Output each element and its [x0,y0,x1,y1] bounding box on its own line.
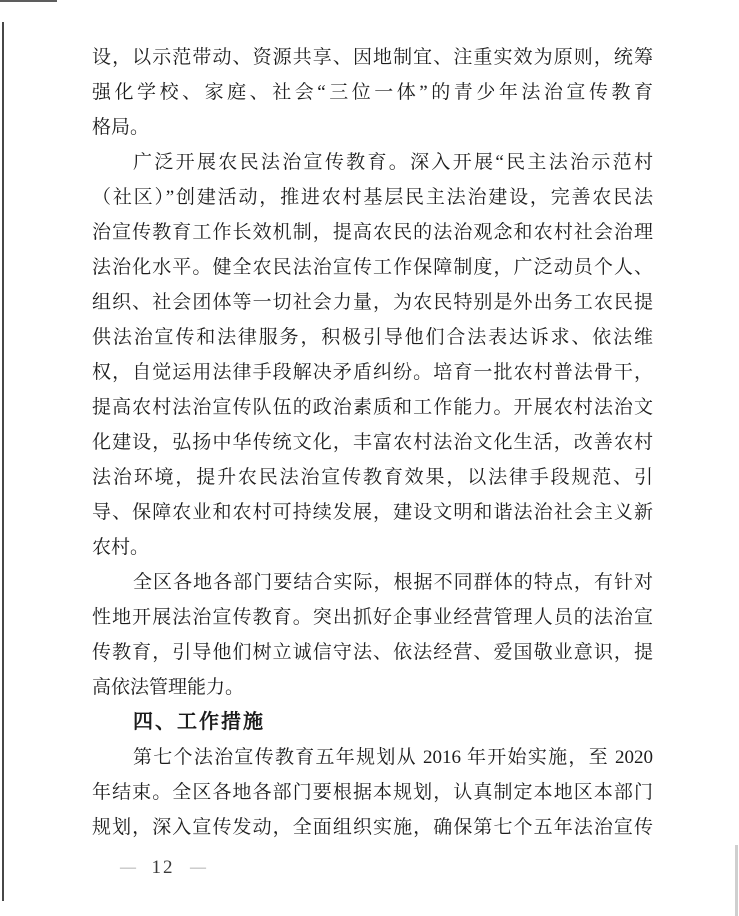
scan-artifact-right-line [735,845,738,916]
text-line: 规划，深入宣传发动，全面组织实施，确保第七个五年法治宣传 [92,810,653,845]
para-rural-legal-education: 广泛开展农民法治宣传教育。深入开展“民主法治示范村（社区）”创建活动，推进农村基… [92,145,653,565]
para-targeted-education: 全区各地各部门要结合实际，根据不同群体的特点，有针对性地开展法治宣传教育。突出抓… [92,565,653,705]
text-line: 传教育，引导他们树立诚信守法、依法经营、爱国敬业意识，提 [92,635,653,670]
text-line: 第七个法治宣传教育五年规划从 2016 年开始实施，至 2020 [92,740,653,775]
scan-artifact-top-line [0,0,57,2]
text-line: （社区）”创建活动，推进农村基层民主法治建设，完善农民法 [92,180,653,215]
text-line: 组织、社会团体等一切社会力量，为农民特别是外出务工农民提 [92,285,653,320]
text-line: 治宣传教育工作长效机制，提高农民的法治观念和农村社会治理 [92,215,653,250]
heading-work-measures: 四、工作措施 [92,705,653,740]
para-five-year-plan: 第七个法治宣传教育五年规划从 2016 年开始实施，至 2020年结束。全区各地… [92,740,653,845]
page-footer: — 12 — [120,855,206,881]
text-line: 法治化水平。健全农民法治宣传工作保障制度，广泛动员个人、 [92,250,653,285]
text-line: 供法治宣传和法律服务，积极引导他们合法表达诉求、依法维 [92,320,653,355]
text-line: 法治环境，提升农民法治宣传教育效果，以法律手段规范、引 [92,460,653,495]
text-line: 设，以示范带动、资源共享、因地制宜、注重实效为原则，统筹 [92,40,653,75]
text-line: 强化学校、家庭、社会“三位一体”的青少年法治宣传教育 [92,75,653,110]
text-line: 性地开展法治宣传教育。突出抓好企事业经营管理人员的法治宣 [92,600,653,635]
text-line: 化建设，弘扬中华传统文化，丰富农村法治文化生活，改善农村 [92,425,653,460]
footer-dash-left: — [120,859,136,877]
text-line: 权，自觉运用法律手段解决矛盾纠纷。培育一批农村普法骨干， [92,355,653,390]
para-continuation: 设，以示范带动、资源共享、因地制宜、注重实效为原则，统筹强化学校、家庭、社会“三… [92,40,653,145]
text-line: 年结束。全区各地各部门要根据本规划，认真制定本地区本部门 [92,775,653,810]
footer-dash-right: — [190,859,206,877]
text-line: 提高农村法治宣传队伍的政治素质和工作能力。开展农村法治文 [92,390,653,425]
text-line: 导、保障农业和农村可持续发展，建设文明和谐法治社会主义新 [92,495,653,530]
text-line: 农村。 [92,530,653,565]
text-line: 格局。 [92,110,653,145]
document-text: 设，以示范带动、资源共享、因地制宜、注重实效为原则，统筹强化学校、家庭、社会“三… [92,40,653,845]
text-line: 全区各地各部门要结合实际，根据不同群体的特点，有针对 [92,565,653,600]
text-line: 广泛开展农民法治宣传教育。深入开展“民主法治示范村 [92,145,653,180]
scan-artifact-left-line [2,22,4,901]
scanned-document-page: { "page": { "colors": { "background": "#… [0,0,739,916]
page-number: 12 [152,857,175,879]
text-line: 高依法管理能力。 [92,670,653,705]
text-line: 四、工作措施 [92,705,653,740]
